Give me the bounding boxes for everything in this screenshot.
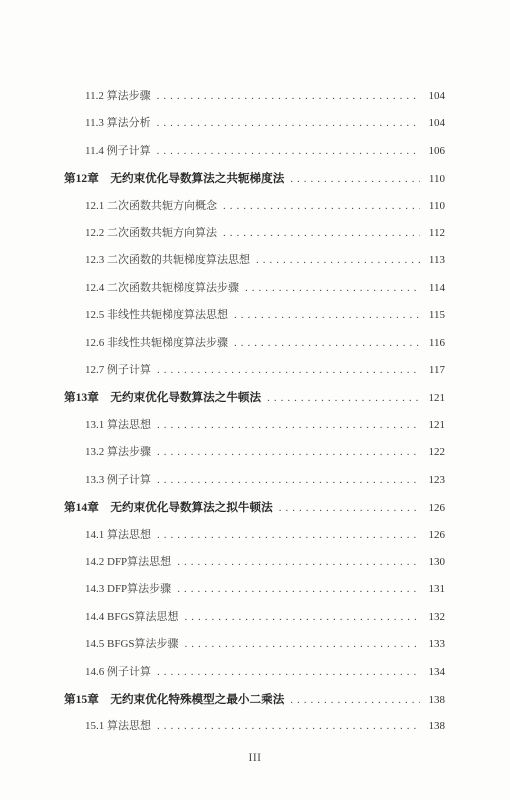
toc-chapter-entry[interactable]: 第15章 无约束优化特殊模型之最小二乘法 ...................…: [64, 686, 445, 713]
toc-entry-page-number: 104: [425, 83, 445, 110]
toc-entry-label: 11.4 例子计算: [85, 138, 151, 165]
toc-entry-page-number: 121: [425, 385, 445, 412]
toc-sub-entry[interactable]: 13.2 算法步骤 ..............................…: [64, 439, 445, 466]
dot-leader: ........................................…: [157, 412, 420, 439]
toc-sub-entry[interactable]: 11.3 算法分析 ..............................…: [64, 110, 445, 137]
toc-sub-entry[interactable]: 12.6 非线性共轭梯度算法步骤 .......................…: [64, 330, 445, 357]
toc-entry-page-number: 110: [425, 166, 445, 193]
toc-entry-label: 第13章 无约束优化导数算法之牛顿法: [64, 384, 261, 411]
toc-entry-label: 第12章 无约束优化导数算法之共轭梯度法: [64, 165, 284, 192]
toc-entry-page-number: 123: [425, 467, 445, 494]
toc-entry-label: 12.5 非线性共轭梯度算法思想: [85, 302, 228, 329]
toc-entry-label: 11.3 算法分析: [85, 110, 151, 137]
toc-entry-label: 14.4 BFGS算法思想: [85, 604, 179, 631]
toc-sub-entry[interactable]: 13.1 算法思想 ..............................…: [64, 412, 445, 439]
dot-leader: ........................................…: [185, 604, 420, 631]
dot-leader: ........................................…: [157, 138, 420, 165]
toc-sub-entry[interactable]: 14.4 BFGS算法思想 ..........................…: [64, 604, 445, 631]
toc-sub-entry[interactable]: 12.5 非线性共轭梯度算法思想 .......................…: [64, 302, 445, 329]
toc-chapter-entry[interactable]: 第13章 无约束优化导数算法之牛顿法 .....................…: [64, 384, 445, 411]
toc-sub-entry[interactable]: 14.3 DFP算法步骤 ...........................…: [64, 576, 445, 603]
dot-leader: ........................................…: [185, 631, 420, 658]
toc-entry-page-number: 114: [425, 275, 445, 302]
dot-leader: ........................................…: [267, 385, 420, 412]
toc-entry-label: 12.1 二次函数共轭方向概念: [85, 193, 217, 220]
toc-entry-label: 12.7 例子计算: [85, 357, 151, 384]
dot-leader: ........................................…: [177, 576, 420, 603]
toc-entry-page-number: 126: [425, 495, 445, 522]
toc-entry-page-number: 134: [425, 659, 445, 686]
document-page: 11.2 算法步骤 ..............................…: [0, 0, 510, 800]
toc-sub-entry[interactable]: 12.1 二次函数共轭方向概念 ........................…: [64, 193, 445, 220]
toc-sub-entry[interactable]: 12.3 二次函数的共轭梯度算法思想 .....................…: [64, 247, 445, 274]
toc-sub-entry[interactable]: 11.4 例子计算 ..............................…: [64, 138, 445, 165]
dot-leader: ........................................…: [157, 522, 420, 549]
dot-leader: ........................................…: [223, 220, 420, 247]
dot-leader: ........................................…: [157, 439, 420, 466]
dot-leader: ........................................…: [157, 83, 420, 110]
toc-entry-label: 12.6 非线性共轭梯度算法步骤: [85, 330, 228, 357]
toc-entry-page-number: 115: [425, 302, 445, 329]
toc-entry-label: 11.2 算法步骤: [85, 83, 151, 110]
toc-entry-page-number: 126: [425, 522, 445, 549]
toc-sub-entry[interactable]: 11.2 算法步骤 ..............................…: [64, 83, 445, 110]
toc-chapter-entry[interactable]: 第14章 无约束优化导数算法之拟牛顿法 ....................…: [64, 494, 445, 521]
toc-sub-entry[interactable]: 12.2 二次函数共轭方向算法 ........................…: [64, 220, 445, 247]
dot-leader: ........................................…: [234, 330, 420, 357]
toc-entry-page-number: 110: [425, 193, 445, 220]
toc-entry-label: 12.2 二次函数共轭方向算法: [85, 220, 217, 247]
toc-entry-page-number: 106: [425, 138, 445, 165]
toc-entry-label: 13.2 算法步骤: [85, 439, 151, 466]
toc-entry-label: 15.1 算法思想: [85, 713, 151, 740]
toc-entry-label: 14.6 例子计算: [85, 659, 151, 686]
dot-leader: ........................................…: [290, 166, 420, 193]
toc-entry-page-number: 113: [425, 247, 445, 274]
toc-sub-entry[interactable]: 14.2 DFP算法思想 ...........................…: [64, 549, 445, 576]
toc-entry-label: 13.1 算法思想: [85, 412, 151, 439]
toc-entry-label: 12.4 二次函数共轭梯度算法步骤: [85, 275, 239, 302]
dot-leader: ........................................…: [290, 687, 420, 714]
dot-leader: ........................................…: [245, 275, 420, 302]
toc-entry-label: 13.3 例子计算: [85, 467, 151, 494]
toc-entry-page-number: 138: [425, 713, 445, 740]
toc-entry-page-number: 131: [425, 576, 445, 603]
toc-entry-page-number: 104: [425, 110, 445, 137]
toc-entry-label: 14.5 BFGS算法步骤: [85, 631, 179, 658]
page-number-footer: III: [0, 749, 510, 767]
toc-entry-label: 12.3 二次函数的共轭梯度算法思想: [85, 247, 250, 274]
toc-sub-entry[interactable]: 14.1 算法思想 ..............................…: [64, 522, 445, 549]
toc-entry-page-number: 117: [425, 357, 445, 384]
toc-entry-label: 14.3 DFP算法步骤: [85, 576, 171, 603]
toc-sub-entry[interactable]: 13.3 例子计算 ..............................…: [64, 467, 445, 494]
toc-entry-label: 第14章 无约束优化导数算法之拟牛顿法: [64, 494, 273, 521]
toc-chapter-entry[interactable]: 第12章 无约束优化导数算法之共轭梯度法 ...................…: [64, 165, 445, 192]
toc-entry-page-number: 132: [425, 604, 445, 631]
toc-entry-page-number: 130: [425, 549, 445, 576]
dot-leader: ........................................…: [177, 549, 420, 576]
dot-leader: ........................................…: [157, 713, 420, 740]
dot-leader: ........................................…: [157, 357, 420, 384]
toc-entry-label: 14.2 DFP算法思想: [85, 549, 171, 576]
table-of-contents: 11.2 算法步骤 ..............................…: [64, 83, 445, 741]
toc-entry-page-number: 138: [425, 687, 445, 714]
toc-entry-page-number: 112: [425, 220, 445, 247]
dot-leader: ........................................…: [223, 193, 420, 220]
toc-sub-entry[interactable]: 12.7 例子计算 ..............................…: [64, 357, 445, 384]
dot-leader: ........................................…: [234, 302, 420, 329]
toc-entry-page-number: 122: [425, 439, 445, 466]
toc-entry-label: 14.1 算法思想: [85, 522, 151, 549]
toc-entry-label: 第15章 无约束优化特殊模型之最小二乘法: [64, 686, 284, 713]
toc-sub-entry[interactable]: 14.5 BFGS算法步骤 ..........................…: [64, 631, 445, 658]
dot-leader: ........................................…: [157, 110, 420, 137]
toc-sub-entry[interactable]: 15.1 算法思想 ..............................…: [64, 713, 445, 740]
toc-entry-page-number: 133: [425, 631, 445, 658]
toc-entry-page-number: 121: [425, 412, 445, 439]
dot-leader: ........................................…: [157, 659, 420, 686]
dot-leader: ........................................…: [157, 467, 420, 494]
dot-leader: ........................................…: [256, 247, 420, 274]
toc-sub-entry[interactable]: 12.4 二次函数共轭梯度算法步骤 ......................…: [64, 275, 445, 302]
toc-entry-page-number: 116: [425, 330, 445, 357]
dot-leader: ........................................…: [279, 495, 420, 522]
toc-sub-entry[interactable]: 14.6 例子计算 ..............................…: [64, 659, 445, 686]
